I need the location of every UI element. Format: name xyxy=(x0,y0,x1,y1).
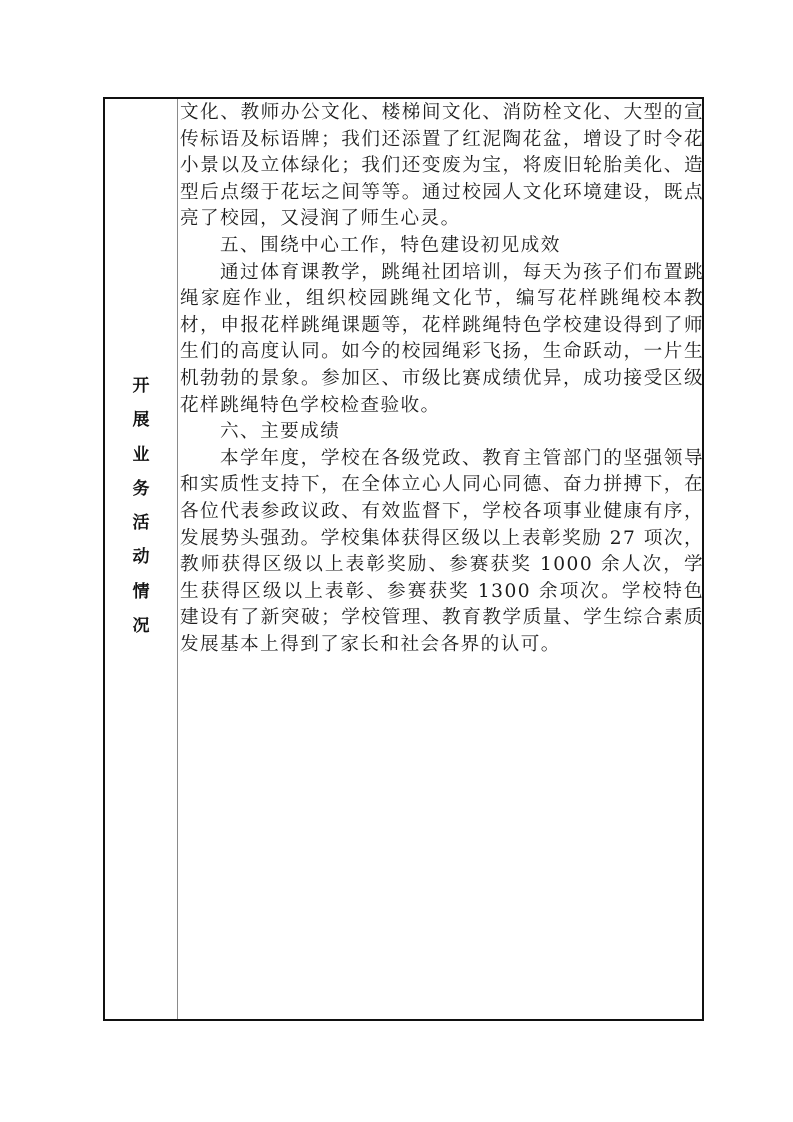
paragraph-campus-culture: 文化、教师办公文化、楼梯间文化、消防栓文化、大型的宣传标语及标语牌；我们还添置了… xyxy=(180,100,704,233)
document-page: 开 展 业 务 活 动 情 况 文化、教师办公文化、楼梯间文化、消防栓文化、大型… xyxy=(0,0,793,1122)
row-label-char: 业 xyxy=(133,438,150,472)
row-label-char: 动 xyxy=(133,540,150,574)
content-body: 文化、教师办公文化、楼梯间文化、消防栓文化、大型的宣传标语及标语牌；我们还添置了… xyxy=(180,100,704,658)
content-cell: 文化、教师办公文化、楼梯间文化、消防栓文化、大型的宣传标语及标语牌；我们还添置了… xyxy=(178,99,702,1019)
paragraph-rope-skipping: 通过体育课教学，跳绳社团培训，每天为孩子们布置跳绳家庭作业，组织校园跳绳文化节，… xyxy=(180,260,704,420)
row-label-char: 情 xyxy=(133,575,150,609)
row-label: 开 展 业 务 活 动 情 况 xyxy=(105,369,177,643)
row-label-char: 开 xyxy=(133,369,150,403)
row-label-char: 务 xyxy=(133,472,150,506)
section-heading-five: 五、围绕中心工作，特色建设初见成效 xyxy=(180,233,704,260)
row-label-char: 况 xyxy=(133,609,150,643)
row-label-char: 活 xyxy=(133,506,150,540)
paragraph-achievements: 本学年度，学校在各级党政、教育主管部门的坚强领导和实质性支持下，在全体立心人同心… xyxy=(180,446,704,659)
section-heading-six: 六、主要成绩 xyxy=(180,419,704,446)
activity-table: 开 展 业 务 活 动 情 况 文化、教师办公文化、楼梯间文化、消防栓文化、大型… xyxy=(103,97,704,1021)
row-label-char: 展 xyxy=(133,403,150,437)
row-label-cell: 开 展 业 务 活 动 情 况 xyxy=(105,99,178,1019)
